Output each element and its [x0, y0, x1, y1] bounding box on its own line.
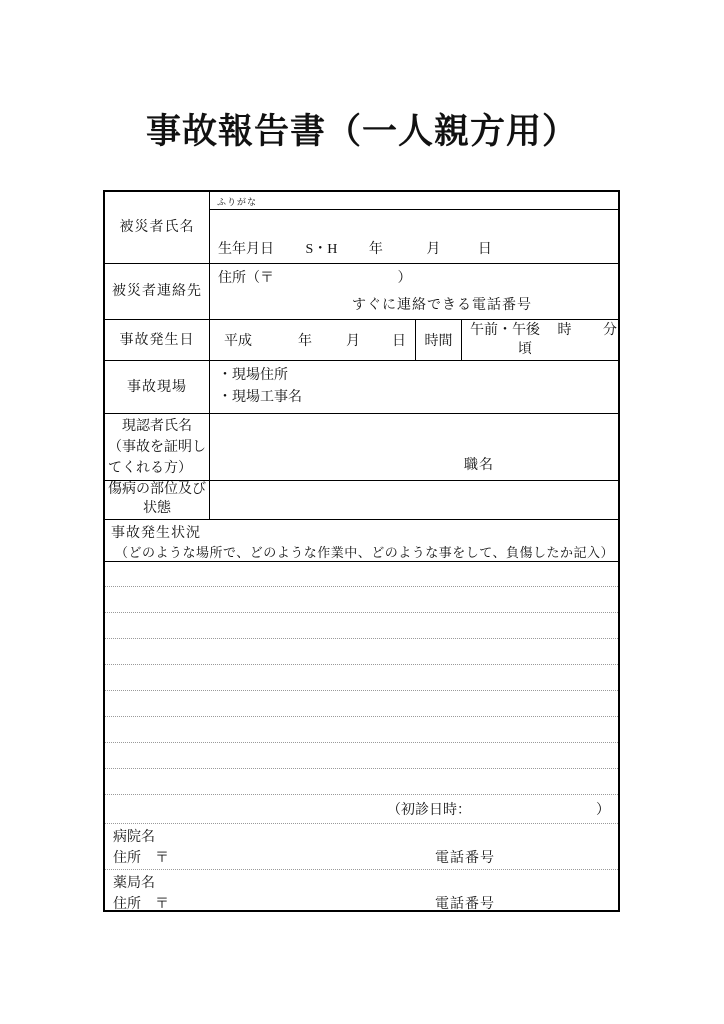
minute-unit: 分 — [603, 322, 617, 341]
accident-site-label: 事故現場 — [105, 361, 210, 413]
first-visit-line: （初診日時： ） — [105, 795, 618, 824]
time-line: 午前・午後 時 分 — [462, 322, 618, 341]
address-paren-close: ） — [398, 271, 412, 286]
writing-line — [105, 691, 618, 717]
first-visit-paren-close: ） — [596, 799, 610, 819]
hospital-name-label: 病院名 — [113, 827, 618, 848]
pharmacy-address-label: 住所 〒 — [113, 897, 169, 912]
victim-name-label: 被災者氏名 — [105, 192, 210, 263]
date-month-unit: 月 — [346, 330, 360, 350]
accident-date-label: 事故発生日 — [105, 320, 210, 360]
birth-era-options: S・H — [306, 238, 338, 258]
approx-suffix: 頃 — [462, 341, 618, 360]
ampm-options: 午前・午後 — [470, 322, 540, 341]
writing-line — [105, 717, 618, 743]
writing-line — [105, 613, 618, 639]
victim-name-field: ふりがな 生年月日 S・H 年 月 日 — [210, 192, 618, 263]
writing-line — [105, 587, 618, 613]
row-victim-name: 被災者氏名 ふりがな 生年月日 S・H 年 月 日 — [105, 192, 618, 264]
date-year-unit: 年 — [298, 330, 312, 350]
birth-day-unit: 日 — [478, 238, 492, 258]
era-heisei: 平成 — [224, 330, 252, 350]
row-victim-contact: 被災者連絡先 住所（〒 ） すぐに連絡できる電話番号 — [105, 264, 618, 320]
job-title-label: 職名 — [464, 454, 494, 474]
pharmacy-phone-label: 電話番号 — [435, 894, 495, 915]
witness-label-line3: てくれる方） — [108, 458, 192, 479]
writing-line — [105, 562, 618, 587]
row-witness: 現認者氏名 （事故を証明し てくれる方） 職名 — [105, 414, 618, 481]
birth-date-line: 生年月日 S・H 年 月 日 — [218, 238, 492, 258]
address-line: 住所（〒 ） — [210, 264, 618, 287]
time-field: 午前・午後 時 分 頃 — [462, 320, 618, 360]
document-page: 事故報告書（一人親方用） 被災者氏名 ふりがな 生年月日 S・H 年 月 日 被… — [0, 0, 724, 1024]
accident-report-form: 被災者氏名 ふりがな 生年月日 S・H 年 月 日 被災者連絡先 住所（〒 ） — [103, 190, 620, 912]
victim-contact-field: 住所（〒 ） すぐに連絡できる電話番号 — [210, 264, 618, 319]
first-visit-label: （初診日時： — [387, 799, 471, 819]
site-project-item: ・現場工事名 — [218, 387, 618, 409]
accident-date-field: 平成 年 月 日 — [210, 320, 416, 360]
contact-phone-note: すぐに連絡できる電話番号 — [352, 294, 532, 314]
time-label: 時間 — [416, 320, 462, 360]
victim-contact-label: 被災者連絡先 — [105, 264, 210, 319]
pharmacy-block: 薬局名 住所 〒 電話番号 — [105, 870, 618, 910]
writing-line — [105, 769, 618, 795]
witness-field: 職名 — [210, 414, 618, 480]
row-situation-header: 事故発生状況 （どのような場所で、どのような作業中、どのような事をして、負傷した… — [105, 520, 618, 562]
witness-label: 現認者氏名 （事故を証明し てくれる方） — [105, 414, 210, 480]
hospital-address-line: 住所 〒 電話番号 — [113, 848, 618, 869]
hospital-phone-label: 電話番号 — [435, 848, 495, 869]
witness-label-line1: 現認者氏名 — [108, 416, 192, 437]
site-items: ・現場住所 ・現場工事名 — [210, 361, 618, 408]
situation-instruction: （どのような場所で、どのような作業中、どのような事をして、負傷したか記入） — [111, 542, 618, 561]
birth-year-unit: 年 — [369, 238, 383, 258]
writing-line — [105, 639, 618, 665]
accident-site-field: ・現場住所 ・現場工事名 — [210, 361, 618, 413]
writing-line — [105, 665, 618, 691]
first-visit-text: （初診日時： ） — [387, 799, 610, 819]
furigana-label: ふりがな — [210, 192, 618, 210]
injury-label-line1: 傷病の部位及び — [108, 481, 206, 500]
row-accident-site: 事故現場 ・現場住所 ・現場工事名 — [105, 361, 618, 414]
hour-unit: 時 — [558, 322, 572, 341]
writing-line — [105, 743, 618, 769]
birth-month-unit: 月 — [426, 238, 440, 258]
hospital-block: 病院名 住所 〒 電話番号 — [105, 824, 618, 870]
hospital-address-label: 住所 〒 — [113, 851, 169, 866]
site-address-item: ・現場住所 — [218, 365, 618, 387]
injury-label: 傷病の部位及び 状態 — [105, 481, 210, 519]
pharmacy-address-line: 住所 〒 電話番号 — [113, 894, 618, 915]
pharmacy-name-label: 薬局名 — [113, 873, 618, 894]
row-accident-date: 事故発生日 平成 年 月 日 時間 午前・午後 時 分 頃 — [105, 320, 618, 361]
witness-label-line2: （事故を証明し — [108, 437, 206, 458]
situation-heading: 事故発生状況 — [111, 522, 618, 542]
birth-date-label: 生年月日 — [218, 238, 274, 258]
row-injury: 傷病の部位及び 状態 — [105, 481, 618, 520]
injury-field — [210, 481, 618, 519]
injury-label-line2: 状態 — [143, 500, 171, 519]
address-label: 住所（〒 — [218, 271, 274, 286]
date-day-unit: 日 — [392, 330, 406, 350]
page-title: 事故報告書（一人親方用） — [0, 104, 724, 154]
